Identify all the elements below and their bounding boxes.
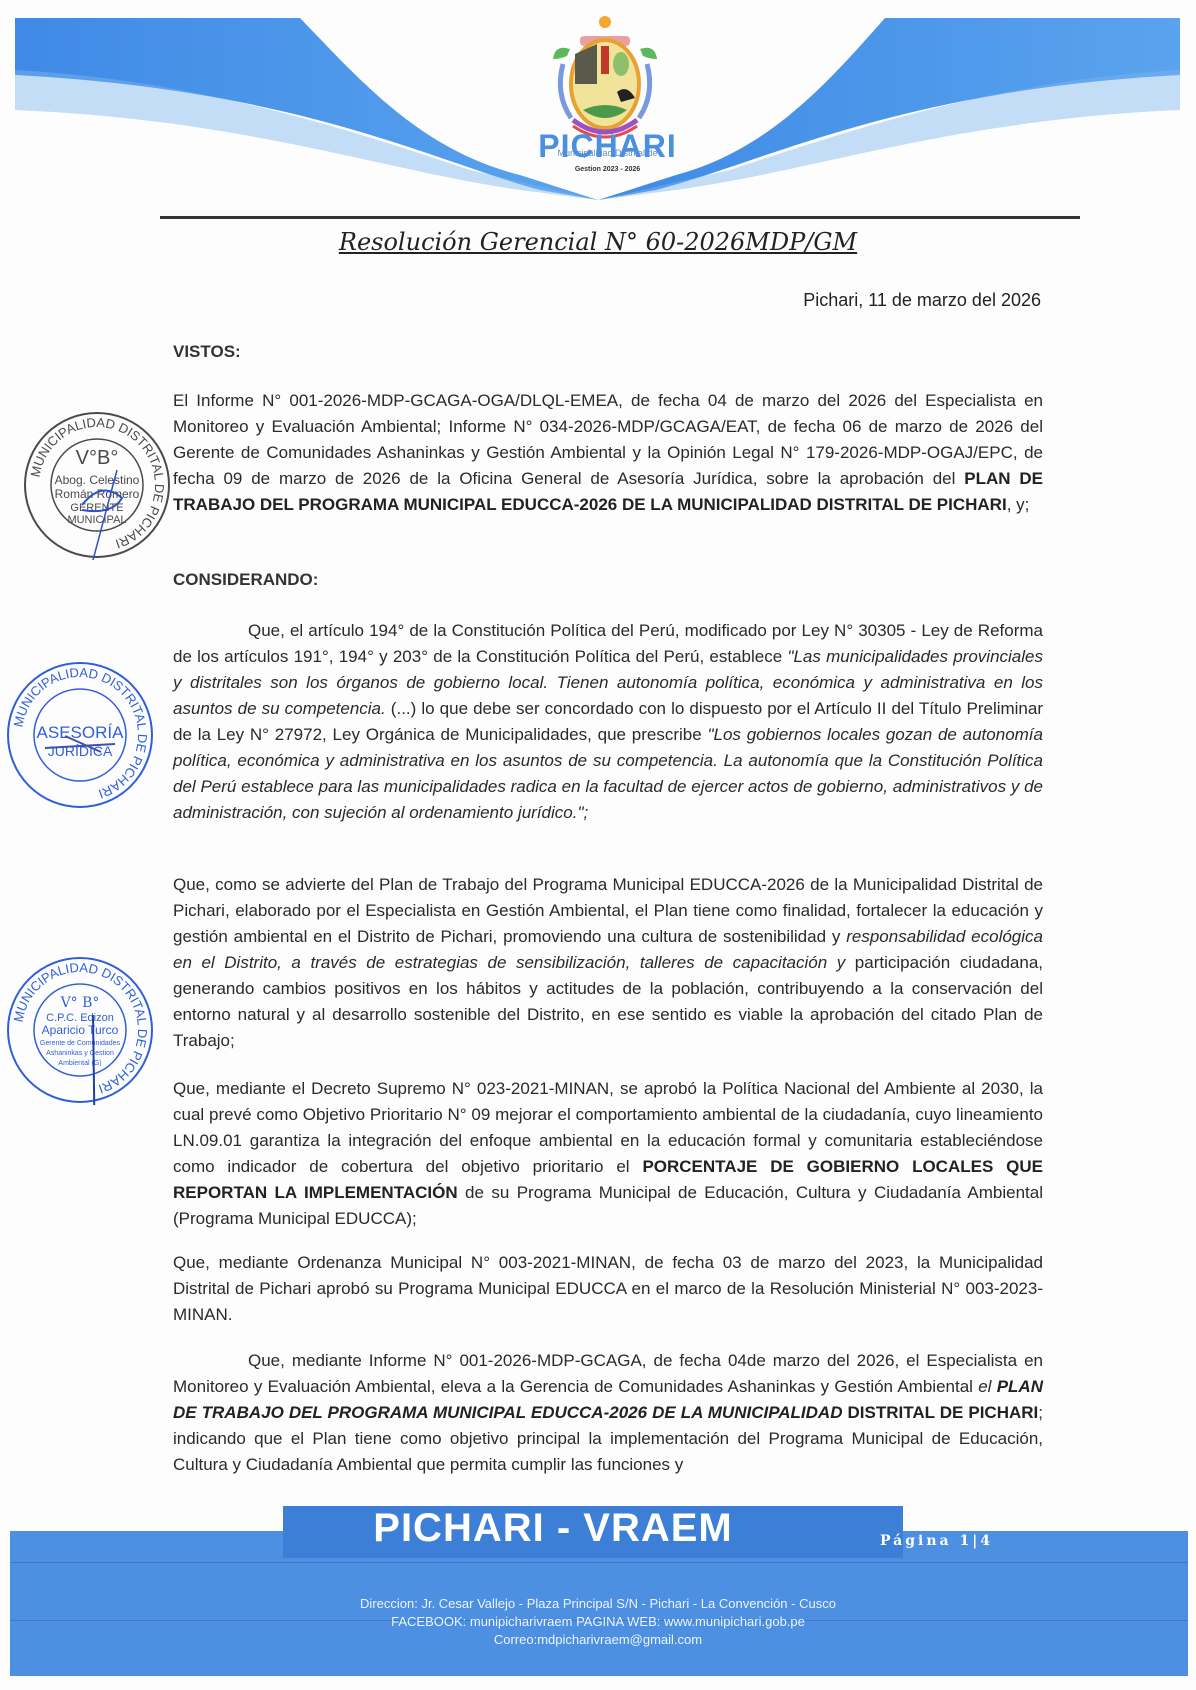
vistos-paragraph: El Informe N° 001-2026-MDP-GCAGA-OGA/DLQ… bbox=[173, 388, 1043, 518]
svg-text:Aparicio Turco: Aparicio Turco bbox=[42, 1023, 119, 1037]
considerando-paragraph-2: Que, como se advierte del Plan de Trabaj… bbox=[173, 872, 1043, 1054]
footer-social: FACEBOOK: munipicharivraem PAGINA WEB: w… bbox=[0, 1614, 1196, 1629]
considerando-paragraph-4: Que, mediante Ordenanza Municipal N° 003… bbox=[173, 1250, 1043, 1328]
header-divider bbox=[160, 216, 1080, 219]
p5-plan-name-end: DISTRITAL DE PICHARI bbox=[843, 1403, 1039, 1422]
vistos-heading: VISTOS: bbox=[173, 342, 241, 362]
vistos-text: El Informe N° 001-2026-MDP-GCAGA-OGA/DLQ… bbox=[173, 391, 1043, 488]
document-date: Pichari, 11 de marzo del 2026 bbox=[803, 290, 1041, 311]
svg-text:Abog. Celestino: Abog. Celestino bbox=[55, 473, 140, 487]
svg-text:Ambiental (G): Ambiental (G) bbox=[58, 1060, 101, 1067]
considerando-paragraph-5: Que, mediante Informe N° 001-2026-MDP-GC… bbox=[173, 1348, 1043, 1478]
svg-text:ASESORÍA: ASESORÍA bbox=[37, 723, 125, 742]
brand-name: PICHARI bbox=[520, 128, 695, 165]
considerando-paragraph-1: Que, el artículo 194° de la Constitución… bbox=[173, 618, 1043, 826]
svg-text:Román Romero: Román Romero bbox=[55, 487, 140, 501]
p5-text-a: Que, mediante Informe N° 001-2026-MDP-GC… bbox=[173, 1351, 1043, 1396]
page-number: Página 1|4 bbox=[880, 1533, 993, 1549]
resolution-title: Resolución Gerencial N° 60-2026MDP/GM bbox=[0, 228, 1196, 256]
considerando-paragraph-3: Que, mediante el Decreto Supremo N° 023-… bbox=[173, 1076, 1043, 1232]
svg-text:Gerente de Comunidades: Gerente de Comunidades bbox=[40, 1040, 121, 1047]
considerando-heading: CONSIDERANDO: bbox=[173, 570, 318, 590]
brand-period: Gestion 2023 - 2026 bbox=[540, 166, 675, 173]
footer-email: Correo:mdpicharivraem@gmail.com bbox=[0, 1632, 1196, 1647]
footer-title: PICHARI - VRAEM bbox=[283, 1506, 823, 1551]
municipal-coat-of-arms-icon bbox=[535, 14, 675, 144]
vistos-end: , y; bbox=[1007, 495, 1030, 514]
svg-text:V° B°: V° B° bbox=[60, 995, 100, 1011]
p5-el: el bbox=[978, 1377, 997, 1396]
stamp-gerente-municipal: MUNICIPALIDAD DISTRITAL DE PICHARI V°B° … bbox=[22, 410, 172, 560]
svg-text:Ashaninkas y Gestion: Ashaninkas y Gestion bbox=[46, 1050, 114, 1057]
stamp-asesoria-juridica: MUNICIPALIDAD DISTRITAL DE PICHARI ASESO… bbox=[5, 660, 155, 810]
letterhead-header: Municipalidad Distrital de PICHARI Gesti… bbox=[0, 0, 1196, 240]
stamp-gerente-comunidades: MUNICIPALIDAD DISTRITAL DE PICHARI V° B°… bbox=[5, 955, 155, 1105]
footer-separator bbox=[10, 1562, 1188, 1563]
svg-text:V°B°: V°B° bbox=[76, 447, 119, 469]
svg-text:GERENTE: GERENTE bbox=[70, 502, 123, 514]
footer-address: Direccion: Jr. Cesar Vallejo - Plaza Pri… bbox=[0, 1596, 1196, 1611]
svg-text:MUNICIPAL: MUNICIPAL bbox=[67, 514, 126, 526]
